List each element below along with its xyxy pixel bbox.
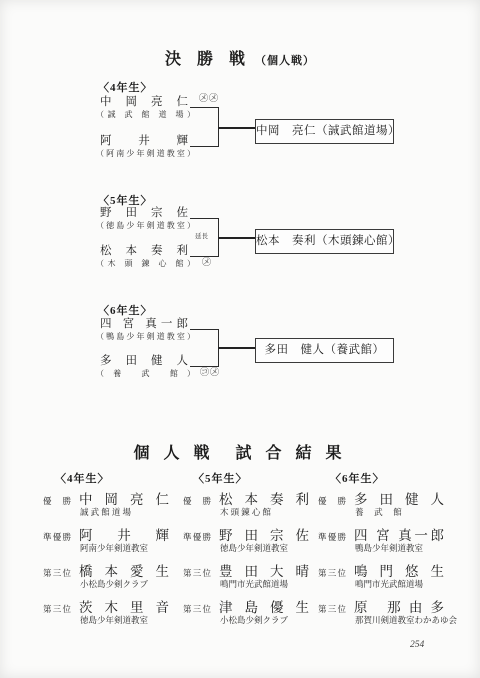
player-org: 養 武 館 — [354, 507, 444, 518]
player-org: 鴨島少年剣道教室 — [354, 543, 444, 554]
bracket-grade4-winner-box: 中岡 亮仁（誠武館道場） — [255, 119, 394, 144]
rank-label: 第三位 — [43, 567, 71, 579]
bracket-grade4-bottom-name: 阿 井 輝 — [100, 135, 188, 147]
bracket-line — [190, 146, 218, 147]
player-name: 津 島 優 生 — [219, 600, 309, 615]
player-org: 木 頭 錬 心 館 — [219, 507, 309, 518]
rank-label: 準優勝 — [318, 531, 346, 543]
bracket-grade6-score-marks: ㋙㋱ — [200, 368, 220, 377]
result-entry: 第三位 豊 田 大 晴 鳴門市光武館道場 — [183, 564, 323, 590]
result-entry: 第三位 茨 木 里 音 徳島少年剣道教室 — [43, 600, 183, 626]
results-column-grade5: 優 勝 松 本 奏 利 木 頭 錬 心 館 準優勝 野 田 宗 佐 徳島少年剣道… — [183, 492, 323, 636]
player-name: 四 宮 真一郎 — [354, 528, 444, 543]
player-org: 鳴門市光武館道場 — [354, 579, 444, 590]
bracket-grade5-top-org: （徳島少年剣道教室） — [96, 221, 195, 230]
rank-label: 優 勝 — [183, 495, 211, 507]
bracket-grade4-top-org: （誠 武 館 道 場） — [96, 110, 195, 119]
bracket-grade5-overtime-label: 延長 — [195, 233, 208, 240]
results-column-grade4: 優 勝 中 岡 亮 仁 誠 武 館 道 場 準優勝 阿 井 輝 阿南少年剣道教室… — [43, 492, 183, 636]
bracket-grade5-top-name: 野 田 宗 佐 — [100, 207, 188, 219]
result-entry: 優 勝 松 本 奏 利 木 頭 錬 心 館 — [183, 492, 323, 518]
bracket-grade4-top-name: 中 岡 亮 仁 — [100, 96, 188, 108]
rank-label: 準優勝 — [43, 531, 71, 543]
bracket-grade6-bottom-name: 多 田 健 人 — [100, 355, 188, 367]
bracket-line — [190, 218, 218, 219]
finals-title-suffix: （個人戦） — [255, 55, 315, 67]
results-grade5-header: 〈5年生〉 — [193, 470, 248, 486]
result-entry: 準優勝 四 宮 真一郎 鴨島少年剣道教室 — [318, 528, 458, 554]
bracket-line — [190, 366, 218, 367]
bracket-grade5-winner-box: 松本 奏利（木頭錬心館） — [255, 229, 394, 254]
player-name: 鳴 門 悠 生 — [354, 564, 444, 579]
finals-title-row: 決 勝 戦 （個人戦） — [0, 46, 480, 69]
result-entry: 第三位 原 那由多 那賀川剣道教室わかあゆ会 — [318, 600, 458, 626]
bracket-line — [190, 329, 218, 330]
bracket-grade5-bottom-name: 松 本 奏 利 — [100, 245, 188, 257]
rank-label: 優 勝 — [318, 495, 346, 507]
player-name: 阿 井 輝 — [79, 528, 169, 543]
results-column-grade6: 優 勝 多 田 健 人 養 武 館 準優勝 四 宮 真一郎 鴨島少年剣道教室 第… — [318, 492, 458, 636]
result-entry: 第三位 鳴 門 悠 生 鳴門市光武館道場 — [318, 564, 458, 590]
player-name: 橋 本 愛 生 — [79, 564, 169, 579]
player-org: 阿南少年剣道教室 — [79, 543, 169, 554]
result-entry: 優 勝 多 田 健 人 養 武 館 — [318, 492, 458, 518]
bracket-grade5-score-marks: ㋱ — [202, 258, 212, 267]
bracket-grade4-bottom-org: （阿南少年剣道教室） — [96, 149, 195, 158]
bracket-grade5-header: 〈5年生〉 — [98, 192, 153, 208]
bracket-connector-line — [218, 127, 255, 129]
result-entry: 準優勝 阿 井 輝 阿南少年剣道教室 — [43, 528, 183, 554]
page-number: 254 — [410, 640, 424, 650]
bracket-grade5-bottom-org: （木 頭 錬 心 館） — [96, 259, 195, 268]
result-entry: 第三位 津 島 優 生 小松島少剣クラブ — [183, 600, 323, 626]
rank-label: 第三位 — [183, 567, 211, 579]
bracket-connector-line — [218, 237, 255, 239]
document-page: { "page": { "number": "254" }, "finals":… — [0, 0, 480, 678]
result-entry: 第三位 橋 本 愛 生 小松島少剣クラブ — [43, 564, 183, 590]
player-name: 原 那由多 — [354, 600, 444, 615]
player-org: 徳島少年剣道教室 — [219, 543, 309, 554]
result-entry: 優 勝 中 岡 亮 仁 誠 武 館 道 場 — [43, 492, 183, 518]
player-org: 小松島少剣クラブ — [79, 579, 169, 590]
rank-label: 第三位 — [43, 603, 71, 615]
bracket-grade6-top-name: 四 宮 真一郎 — [100, 318, 188, 330]
results-grade4-header: 〈4年生〉 — [55, 470, 110, 486]
finals-title: 決 勝 戦 — [165, 51, 251, 68]
bracket-grade6-top-org: （鴨島少年剣道教室） — [96, 332, 195, 341]
rank-label: 第三位 — [183, 603, 211, 615]
player-org: 誠 武 館 道 場 — [79, 507, 169, 518]
bracket-grade6-bottom-org: （養 武 館） — [96, 369, 195, 378]
player-org: 徳島少年剣道教室 — [79, 615, 169, 626]
results-grade6-header: 〈6年生〉 — [330, 470, 385, 486]
player-org: 那賀川剣道教室わかあゆ会 — [354, 615, 457, 626]
player-org: 小松島少剣クラブ — [219, 615, 309, 626]
bracket-connector-line — [218, 347, 255, 349]
player-name: 多 田 健 人 — [354, 492, 444, 507]
rank-label: 第三位 — [318, 603, 346, 615]
player-org: 鳴門市光武館道場 — [219, 579, 309, 590]
bracket-grade4-score-marks: ㋱㋱ — [199, 94, 219, 103]
player-name: 豊 田 大 晴 — [219, 564, 309, 579]
bracket-line — [190, 256, 218, 257]
bracket-grade6-header: 〈6年生〉 — [98, 302, 153, 318]
rank-label: 優 勝 — [43, 495, 71, 507]
player-name: 野 田 宗 佐 — [219, 528, 309, 543]
player-name: 松 本 奏 利 — [219, 492, 309, 507]
bracket-grade4-header: 〈4年生〉 — [98, 79, 153, 95]
player-name: 茨 木 里 音 — [79, 600, 169, 615]
rank-label: 準優勝 — [183, 531, 211, 543]
player-name: 中 岡 亮 仁 — [79, 492, 169, 507]
result-entry: 準優勝 野 田 宗 佐 徳島少年剣道教室 — [183, 528, 323, 554]
bracket-line — [190, 107, 218, 108]
results-title: 個 人 戦 試 合 結 果 — [0, 440, 480, 463]
bracket-grade6-winner-box: 多田 健人（養武館） — [255, 338, 394, 363]
rank-label: 第三位 — [318, 567, 346, 579]
